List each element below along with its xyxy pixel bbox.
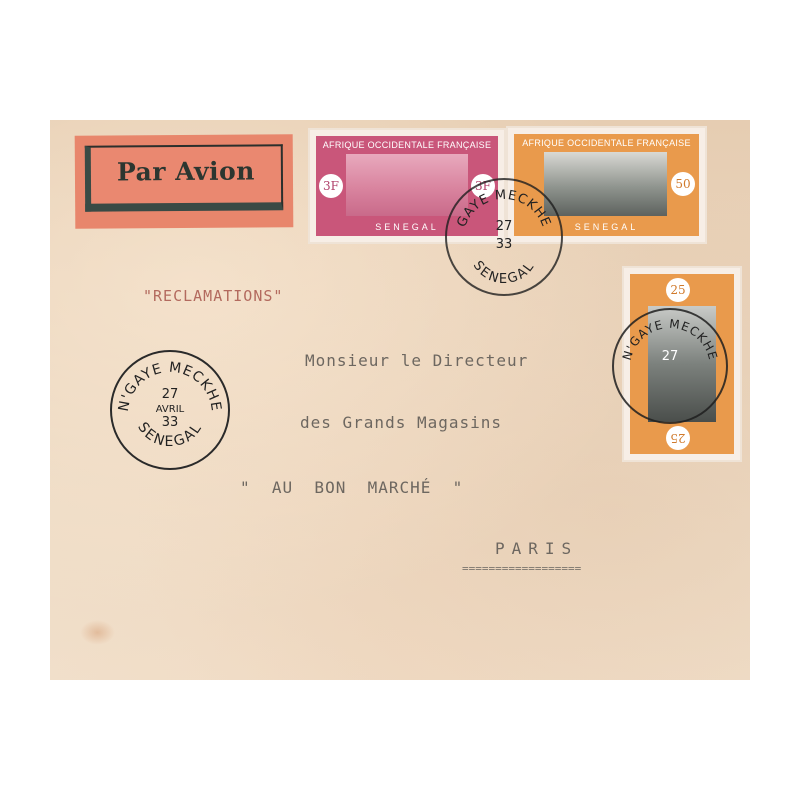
postmark-top-country: SENEGAL: [470, 258, 538, 287]
stamp-3f-top-text: AFRIQUE OCCIDENTALE FRANÇAISE: [316, 138, 498, 152]
airmail-label-text: Par Avion: [91, 156, 281, 186]
stamp-50c-market-scene: [544, 152, 667, 216]
postmark-right: N'GAYE MECKHE 27: [612, 308, 728, 424]
postmark-left-year: 33: [112, 416, 228, 430]
airmail-label-frame: Par Avion: [85, 144, 283, 211]
stamp-25c-value-top: 25: [666, 278, 690, 302]
postmark-top-center: GAYE MECKHE SENEGAL 27 33: [445, 178, 563, 296]
postmark-top-day: 27: [447, 220, 561, 234]
postmark-right-day: 27: [614, 350, 726, 364]
postmark-left-day: 27: [112, 388, 228, 402]
postmark-right-ring-text: N'GAYE MECKHE: [614, 310, 726, 422]
airmail-label: Par Avion: [75, 134, 294, 229]
address-line-3: " AU BON MARCHÉ ": [240, 478, 463, 497]
stamp-3f-value-left: 3F: [319, 174, 343, 198]
stamp-25c-value-bottom: 25: [666, 426, 690, 450]
stamp-50c-value: 50: [671, 172, 695, 196]
svg-text:SENEGAL: SENEGAL: [470, 258, 538, 287]
postmark-left: N'GAYE MECKHE SENEGAL 27 AVRIL 33: [110, 350, 230, 470]
address-city-underline: ==================: [462, 562, 581, 575]
address-line-2: des Grands Magasins: [300, 413, 502, 432]
paper-stain: [80, 620, 115, 645]
stamp-50c-top-text: AFRIQUE OCCIDENTALE FRANÇAISE: [514, 136, 699, 150]
postmark-top-year: 33: [447, 238, 561, 252]
address-line-1: Monsieur le Directeur: [305, 351, 528, 370]
address-city: PARIS: [495, 539, 578, 558]
reclamations-annotation: "RECLAMATIONS": [143, 287, 283, 305]
